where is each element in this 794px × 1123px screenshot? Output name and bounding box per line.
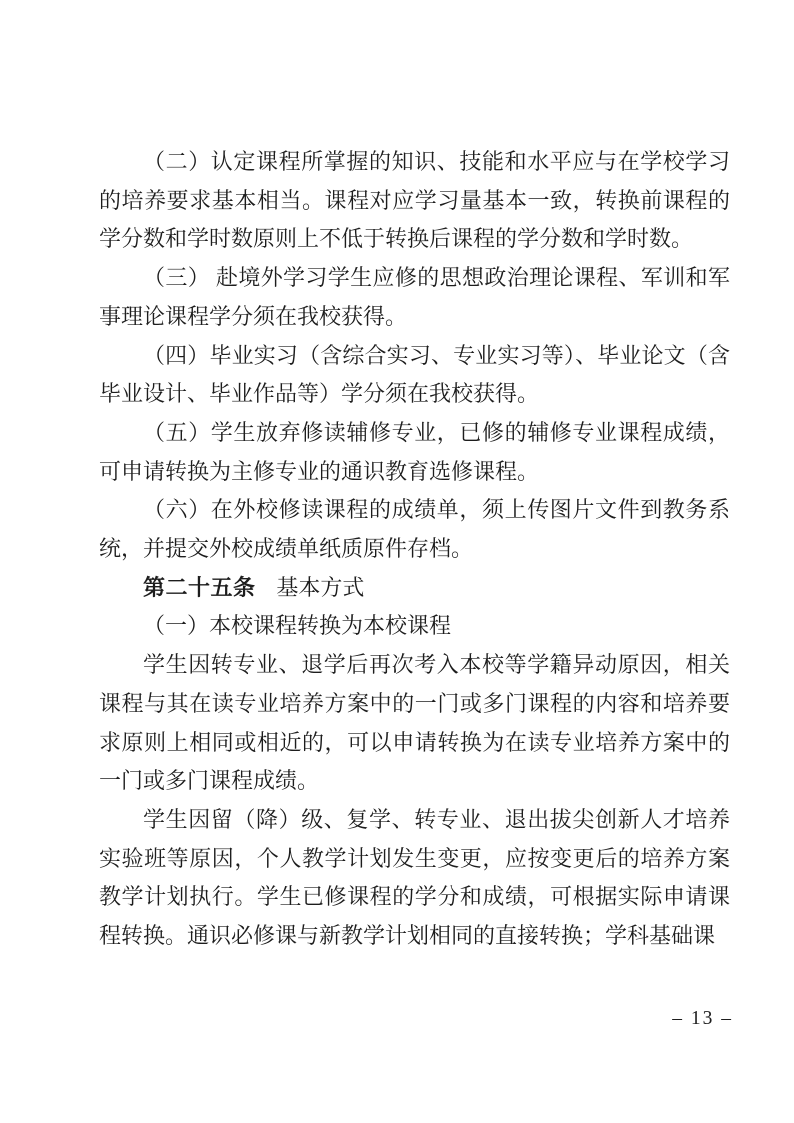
paragraph: （三） 赴境外学习学生应修的思想政治理论课程、军训和军事理论课程学分须在我校获得… [99, 259, 730, 336]
paragraph: 学生因转专业、退学后再次考入本校等学籍异动原因，相关课程与其在读专业培养方案中的… [99, 646, 730, 801]
article-title: 基本方式 [276, 575, 364, 600]
article-number: 第二十五条 [143, 575, 256, 600]
article-heading: 第二十五条基本方式 [99, 569, 730, 608]
document-body: （二）认定课程所掌握的知识、技能和水平应与在学校学习的培养要求基本相当。课程对应… [99, 143, 730, 956]
paragraph: （一）本校课程转换为本校课程 [99, 607, 730, 646]
paragraph: （二）认定课程所掌握的知识、技能和水平应与在学校学习的培养要求基本相当。课程对应… [99, 143, 730, 259]
paragraph: （六）在外校修读课程的成绩单，须上传图片文件到教务系统，并提交外校成绩单纸质原件… [99, 491, 730, 568]
paragraph: （四）毕业实习（含综合实习、专业实习等）、毕业论文（含毕业设计、毕业作品等）学分… [99, 337, 730, 414]
document-page: （二）认定课程所掌握的知识、技能和水平应与在学校学习的培养要求基本相当。课程对应… [0, 0, 794, 1123]
paragraph: 学生因留（降）级、复学、转专业、退出拔尖创新人才培养实验班等原因，个人教学计划发… [99, 801, 730, 956]
paragraph: （五）学生放弃修读辅修专业，已修的辅修专业课程成绩，可申请转换为主修专业的通识教… [99, 414, 730, 491]
page-number: – 13 – [672, 1008, 733, 1030]
